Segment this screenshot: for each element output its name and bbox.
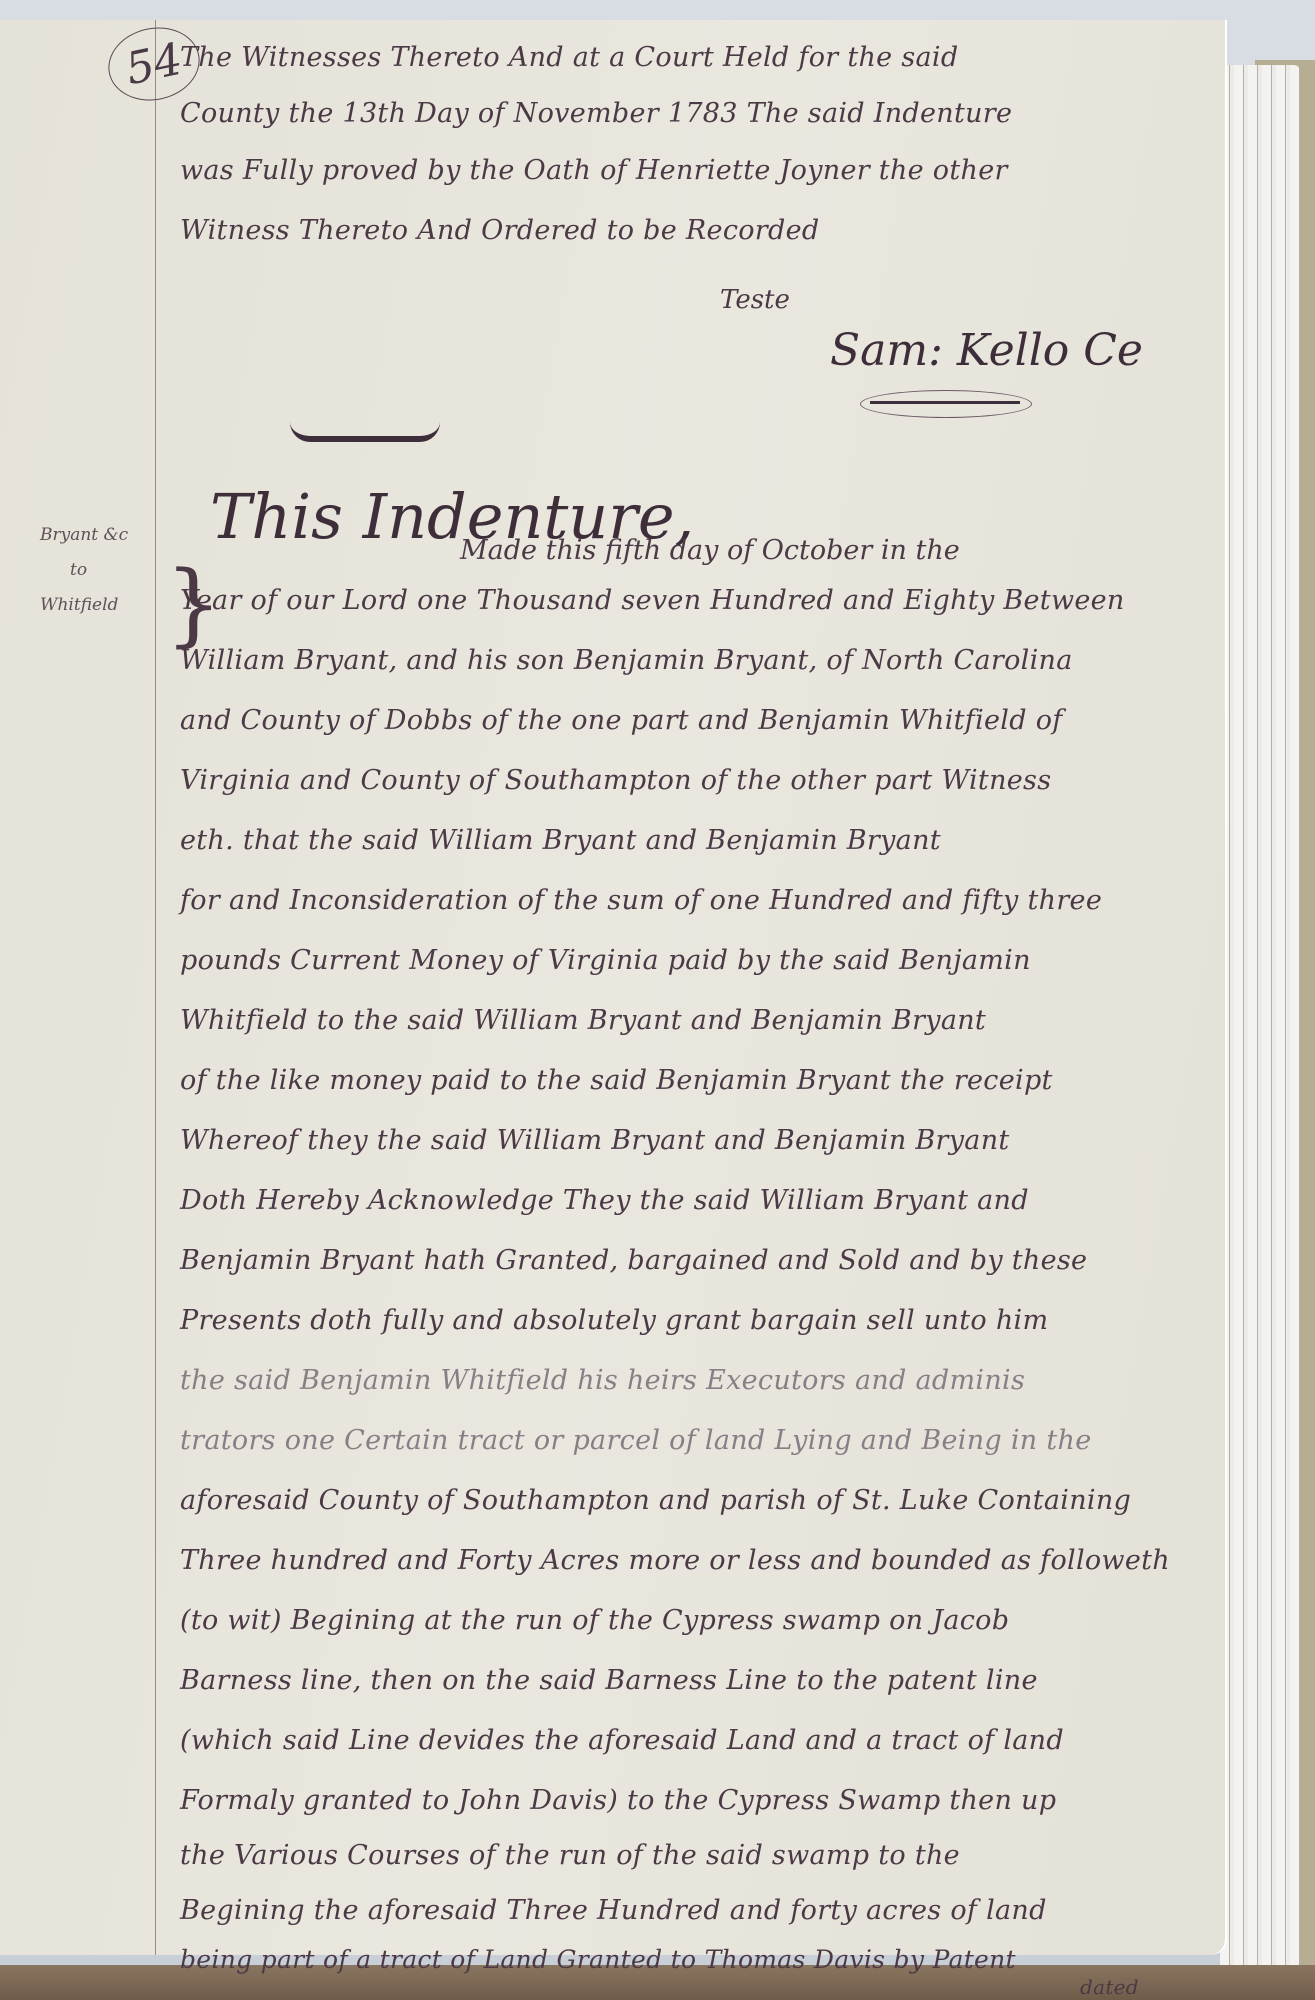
body-line: Whereof they the said William Bryant and… (180, 1125, 1200, 1156)
body-line: (which said Line devides the aforesaid L… (180, 1725, 1200, 1756)
teste-label: Teste (720, 285, 790, 315)
marginal-note-line2: to (70, 560, 87, 580)
body-line: William Bryant, and his son Benjamin Bry… (180, 645, 1200, 676)
body-line: (to wit) Begining at the run of the Cypr… (180, 1605, 1200, 1636)
body-line: for and Inconsideration of the sum of on… (180, 885, 1200, 916)
body-line: pounds Current Money of Virginia paid by… (180, 945, 1200, 976)
body-line: the Various Courses of the run of the sa… (180, 1840, 1200, 1871)
certification-line: County the 13th Day of November 1783 The… (180, 98, 1200, 129)
body-line: trators one Certain tract or parcel of l… (180, 1425, 1200, 1456)
page-stack-edge (1220, 65, 1300, 1970)
body-line: Formaly granted to John Davis) to the Cy… (180, 1785, 1200, 1816)
body-line: Three hundred and Forty Acres more or le… (180, 1545, 1200, 1576)
body-line: Barness line, then on the said Barness L… (180, 1665, 1200, 1696)
body-line: Presents doth fully and absolutely grant… (180, 1305, 1200, 1336)
body-line: being part of a tract of Land Granted to… (180, 1945, 1200, 1974)
body-line: Whitfield to the said William Bryant and… (180, 1005, 1200, 1036)
body-line: the said Benjamin Whitfield his heirs Ex… (180, 1365, 1200, 1396)
margin-rule (155, 20, 156, 1955)
body-line: Begining the aforesaid Three Hundred and… (180, 1895, 1200, 1926)
clerk-signature: Sam: Kello Ce (830, 325, 1143, 376)
catchword: dated (1080, 1975, 1180, 1999)
body-line: Benjamin Bryant hath Granted, bargained … (180, 1245, 1200, 1276)
body-line: Year of our Lord one Thousand seven Hund… (180, 585, 1200, 616)
body-line: eth. that the said William Bryant and Be… (180, 825, 1200, 856)
body-line: Made this fifth day of October in the (460, 535, 960, 566)
body-line: and County of Dobbs of the one part and … (180, 705, 1200, 736)
signature-flourish (860, 390, 1032, 418)
ledger-page: 54 Bryant &c to Whitfield } The Witnesse… (0, 20, 1225, 1955)
signature-underline (870, 401, 1020, 404)
certification-line: Witness Thereto And Ordered to be Record… (180, 215, 1200, 246)
body-line: of the like money paid to the said Benja… (180, 1065, 1200, 1096)
marginal-note-line3: Whitfield (40, 595, 118, 615)
decorative-swash (290, 422, 440, 442)
body-line: Virginia and County of Southampton of th… (180, 765, 1200, 796)
certification-line: was Fully proved by the Oath of Henriett… (180, 155, 1200, 186)
body-line: Doth Hereby Acknowledge They the said Wi… (180, 1185, 1200, 1216)
body-line: aforesaid County of Southampton and pari… (180, 1485, 1200, 1516)
marginal-note-line1: Bryant &c (40, 525, 128, 545)
certification-line: The Witnesses Thereto And at a Court Hel… (180, 42, 1200, 73)
